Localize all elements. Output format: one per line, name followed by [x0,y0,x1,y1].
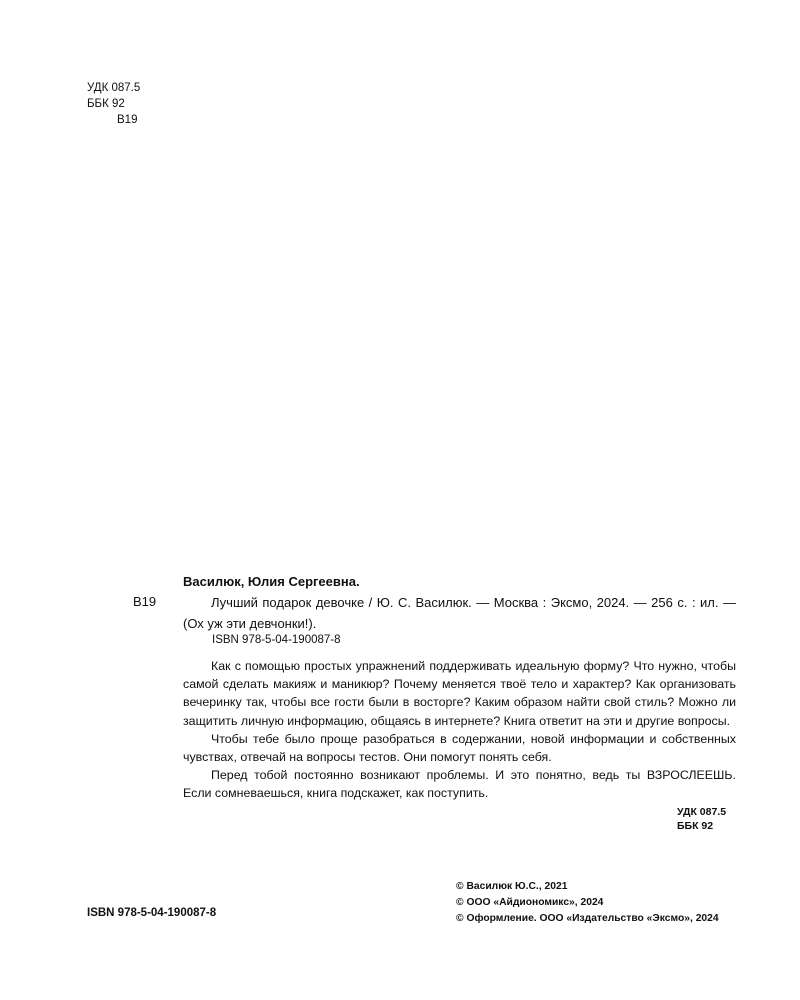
annotation-paragraph: Чтобы тебе было проще разобраться в соде… [183,730,736,766]
isbn-bottom: ISBN 978-5-04-190087-8 [87,907,216,919]
annotation-paragraph: Как с помощью простых упражнений поддерж… [183,657,736,730]
copyright-line: © Оформление. ООО «Издательство «Эксмо»,… [456,911,719,927]
udk-code: УДК 087.5 [677,805,726,819]
udk-code: УДК 087.5 [87,80,140,96]
bbk-code: ББК 92 [677,819,726,833]
bbk-code: ББК 92 [87,96,140,112]
side-author-mark: В19 [133,594,156,609]
annotation: Как с помощью простых упражнений поддерж… [183,657,736,803]
classification-codes-bottom: УДК 087.5 ББК 92 [677,805,726,833]
author-name: Василюк, Юлия Сергеевна. [183,571,736,592]
bibliographic-description: Лучший подарок девочке / Ю. С. Василюк. … [183,592,736,634]
classification-codes-top: УДК 087.5 ББК 92 В19 [87,80,140,128]
author-mark: В19 [87,112,140,128]
annotation-paragraph: Перед тобой постоянно возникают проблемы… [183,766,736,802]
copyright-line: © Василюк Ю.С., 2021 [456,879,719,895]
bibliographic-record: Василюк, Юлия Сергеевна. Лучший подарок … [183,571,736,634]
copyright-line: © ООО «Айдиономикс», 2024 [456,895,719,911]
isbn-record: ISBN 978-5-04-190087-8 [212,634,341,646]
copyright-block: © Василюк Ю.С., 2021 © ООО «Айдиономикс»… [456,879,719,927]
